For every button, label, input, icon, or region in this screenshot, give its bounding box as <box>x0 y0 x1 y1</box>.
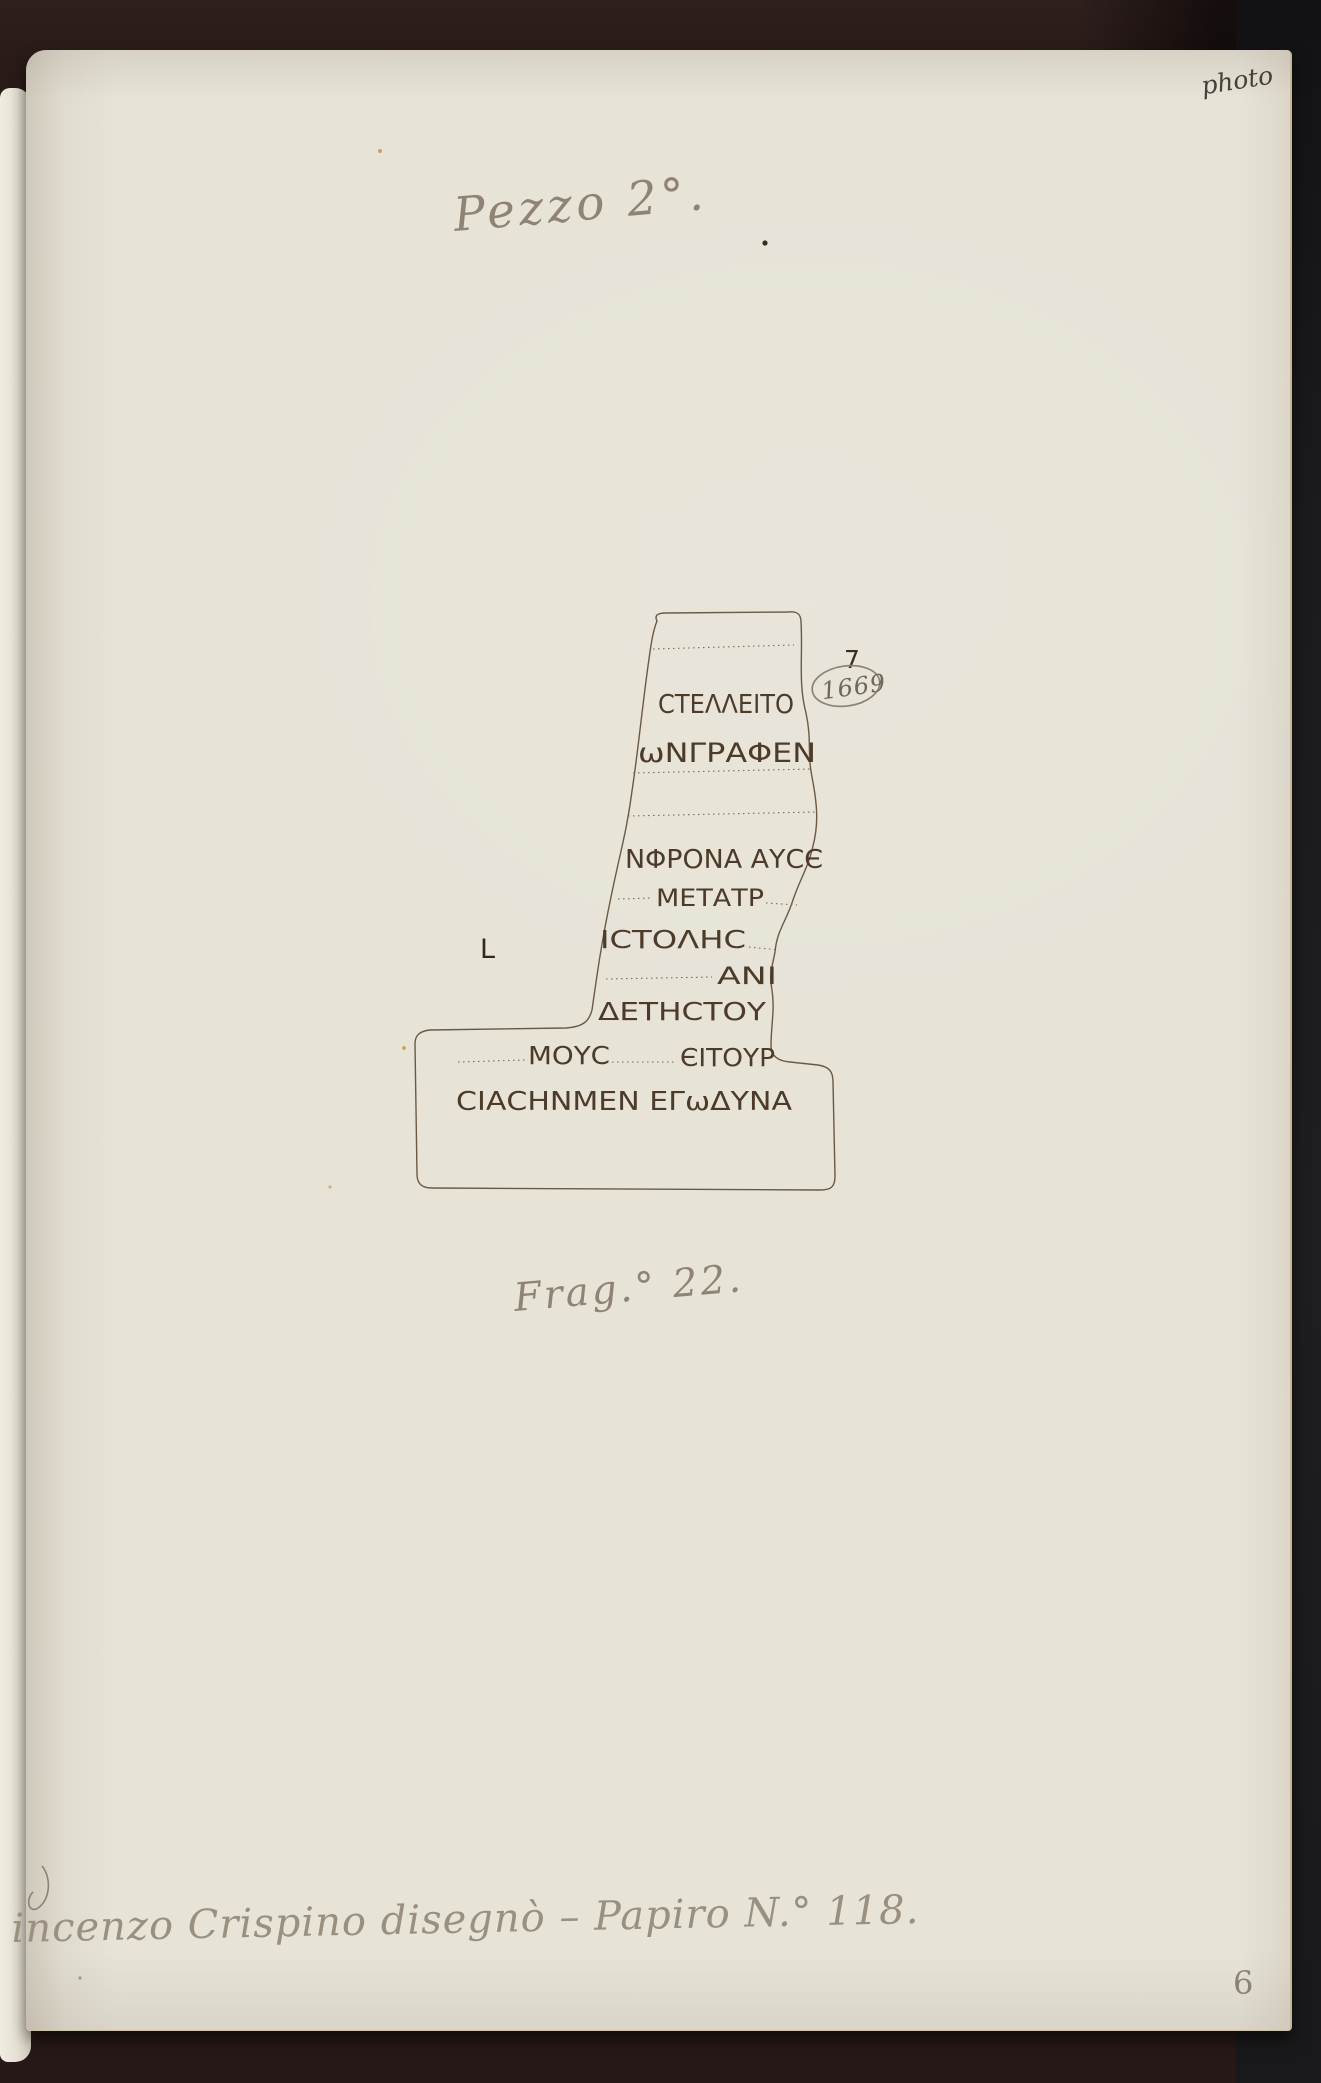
greek-text-line: ΜΟΥC <box>528 1041 610 1070</box>
greek-text-line: ωΝΓΡΑΦΕΝ <box>638 738 816 769</box>
greek-text-line: ЄΙΤΟΥΡ <box>680 1043 775 1072</box>
corner-tick-mark: 7 <box>844 645 860 674</box>
signature-flourish <box>29 1866 49 1909</box>
greek-text-line: ΙCΤΟΛΗC <box>600 925 746 954</box>
greek-text-line: CΤΕΛΛΕΙΤΟ <box>658 690 794 720</box>
greek-text-line: ΜΕΤΑΤΡ <box>656 884 764 912</box>
papyrus-fragment-drawing: CΤΕΛΛΕΙΤΟ ωΝΓΡΑΦΕΝ ΝΦΡΟΝΑ ΑΥCЄ ΜΕΤΑΤΡ ΙC… <box>0 0 1321 2083</box>
inventory-number: 1669 <box>820 669 888 706</box>
greek-text-line: ΑΝΙ <box>717 962 777 990</box>
greek-text-line: ΝΦΡΟΝΑ ΑΥCЄ <box>625 845 823 875</box>
line-count-mark: L <box>480 934 495 965</box>
paper-specks <box>78 149 767 1980</box>
greek-text-line: ΔΕΤΗCΤΟΥ <box>598 997 767 1026</box>
greek-text-line: CΙΑCΗΝΜΕΝ ΕΓωΔΥΝΑ <box>456 1087 792 1117</box>
